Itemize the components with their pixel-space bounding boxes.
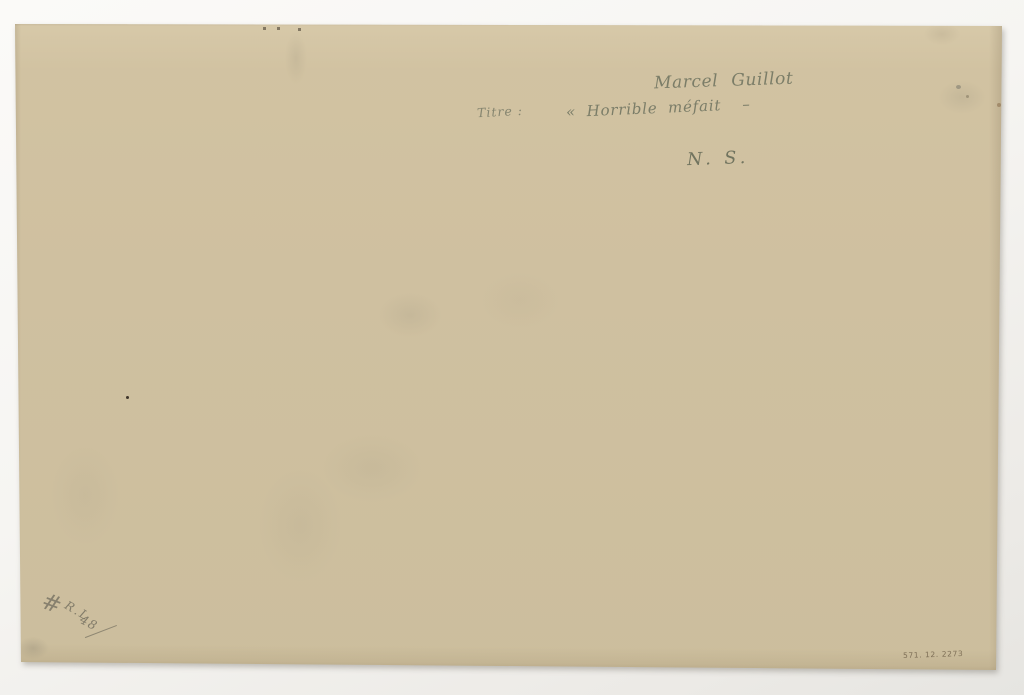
paper-edge-nick	[298, 28, 301, 31]
inscription-hash-mark: #	[38, 588, 65, 619]
paper-edge-bottom	[0, 643, 1024, 680]
inscription-initials: N. S.	[687, 148, 750, 170]
inscription-title-label: Titre :	[477, 103, 524, 120]
scan-background: Marcel Guillot Titre : « Horrible méfait…	[0, 0, 1024, 695]
paper-edge-left	[14, 24, 21, 664]
paper-sheet-shadow: Marcel Guillot Titre : « Horrible méfait…	[0, 0, 1024, 695]
paper-edge-right	[989, 26, 1003, 672]
paper-blemish	[1002, 116, 1005, 119]
inscription-title: « Horrible méfait –	[566, 95, 751, 121]
paper-blemish	[966, 95, 969, 98]
paper-blemish	[997, 103, 1001, 107]
paper-edge-nick	[277, 27, 280, 30]
paper-edge-top	[0, 22, 1024, 26]
paper-sheet: Marcel Guillot Titre : « Horrible méfait…	[0, 0, 1024, 695]
paper-blemish	[956, 85, 961, 89]
paper-speck	[126, 396, 129, 399]
paper-edge-nick	[263, 27, 266, 30]
inscription-artist-name: Marcel Guillot	[654, 69, 794, 94]
